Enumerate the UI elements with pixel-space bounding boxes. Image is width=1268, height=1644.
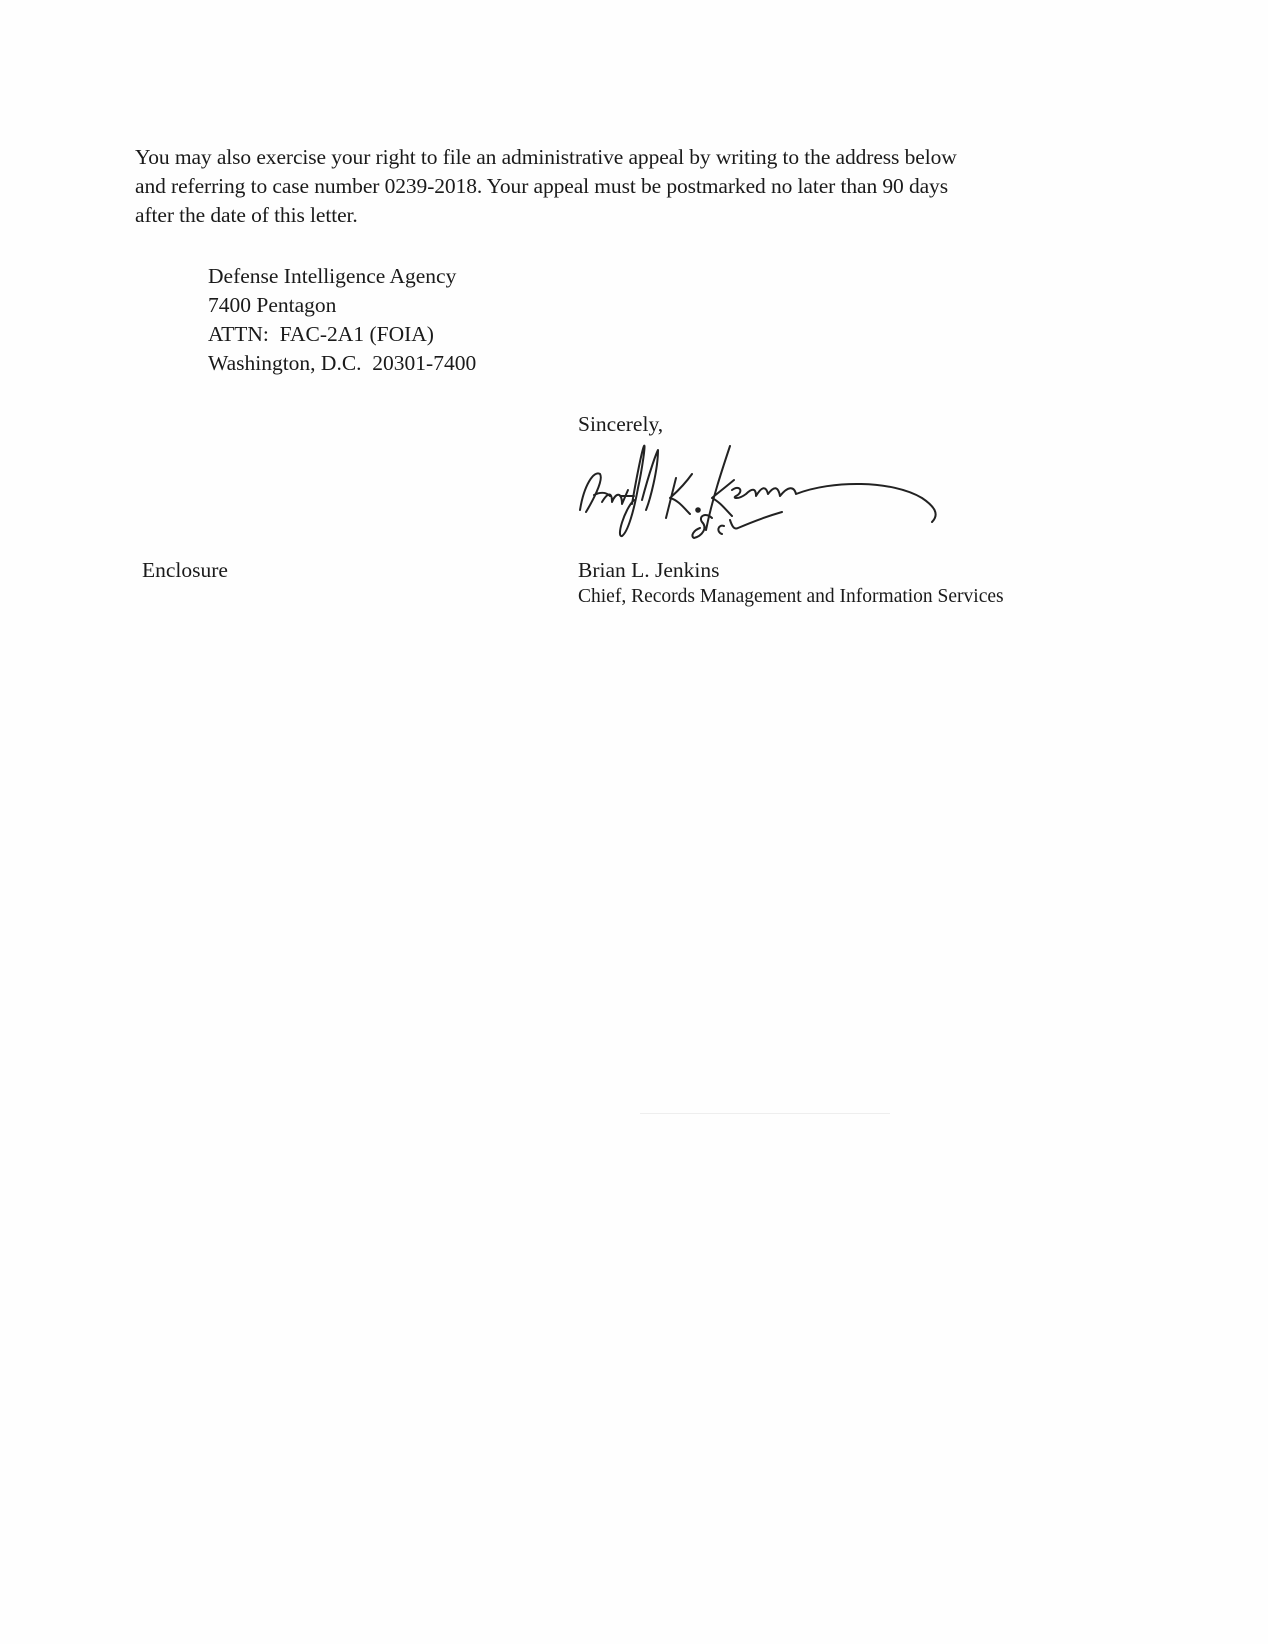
address-line-agency: Defense Intelligence Agency: [208, 262, 476, 291]
signature-icon: [572, 440, 992, 550]
appeal-paragraph: You may also exercise your right to file…: [135, 143, 1095, 230]
address-line-city: Washington, D.C. 20301-7400: [208, 349, 476, 378]
paragraph-line: after the date of this letter.: [135, 201, 1095, 230]
paragraph-line: You may also exercise your right to file…: [135, 143, 1095, 172]
signer-name: Brian L. Jenkins: [578, 556, 720, 585]
enclosure-label: Enclosure: [142, 556, 228, 585]
address-line-building: 7400 Pentagon: [208, 291, 476, 320]
scan-artifact-line: [640, 1113, 890, 1114]
mailing-address: Defense Intelligence Agency 7400 Pentago…: [208, 262, 476, 378]
paragraph-line: and referring to case number 0239-2018. …: [135, 172, 1095, 201]
signer-title: Chief, Records Management and Informatio…: [578, 584, 1004, 610]
address-line-attn: ATTN: FAC-2A1 (FOIA): [208, 320, 476, 349]
closing-salutation: Sincerely,: [578, 410, 663, 439]
letter-page: You may also exercise your right to file…: [0, 0, 1268, 1644]
